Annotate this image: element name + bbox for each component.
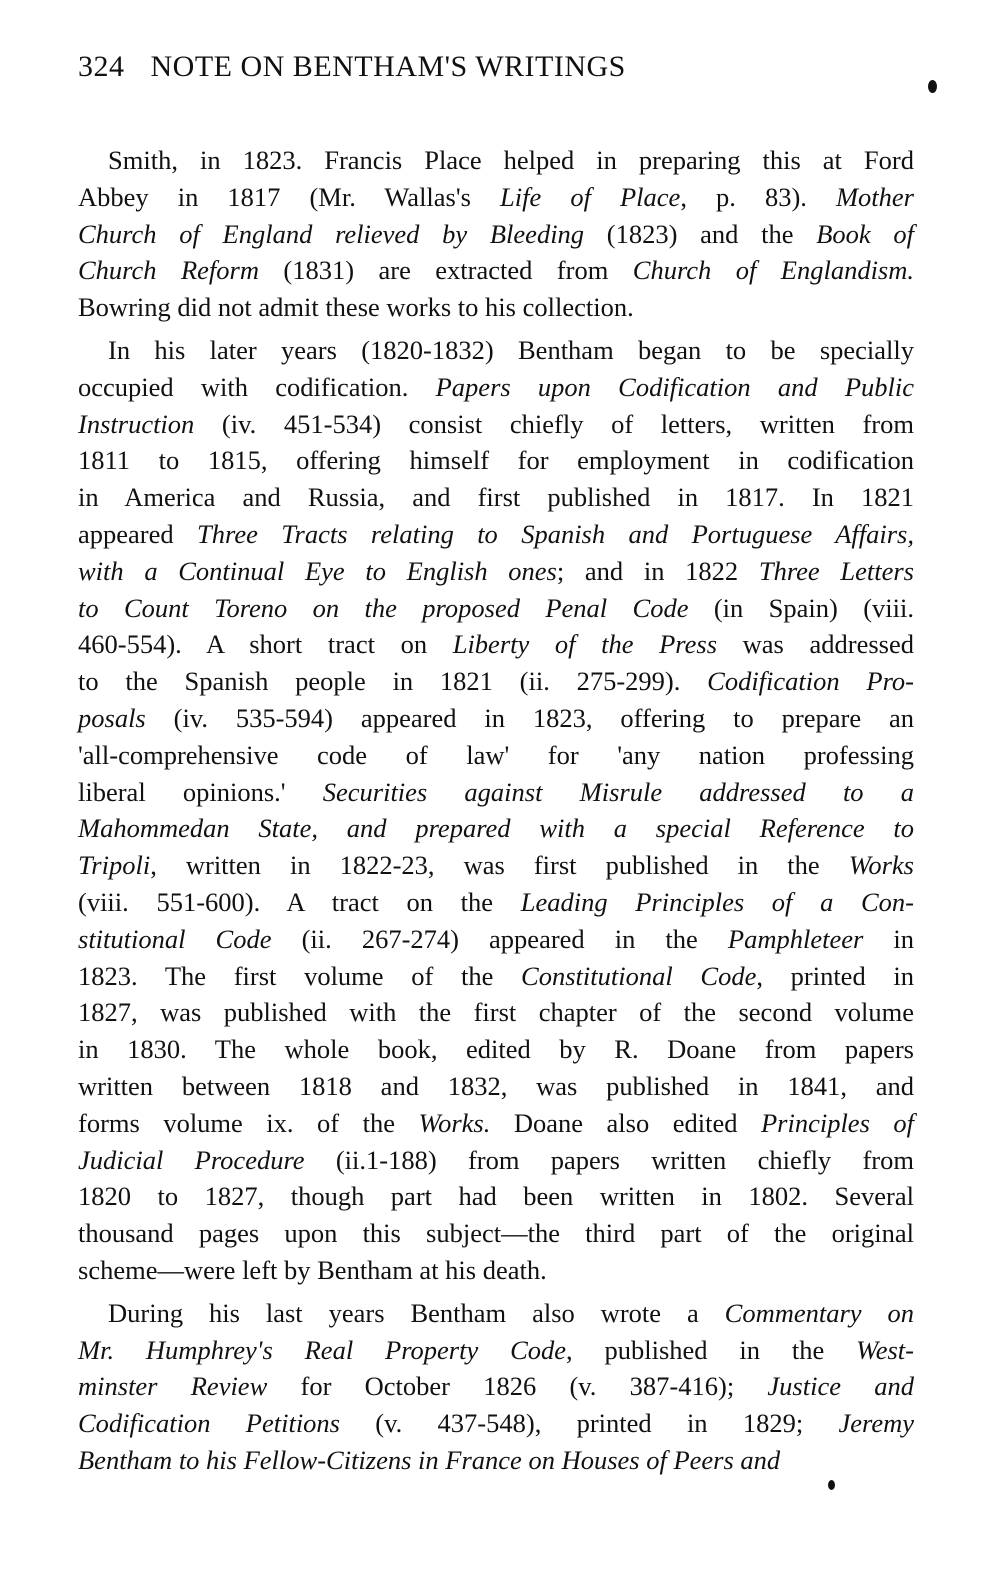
- text-line: thousand pages upon this subject—the thi…: [78, 1215, 914, 1252]
- text-line: stitutional Code (ii. 267-274) appeared …: [78, 921, 914, 958]
- text-run: ; and in 1822: [557, 556, 759, 586]
- running-head: NOTE ON BENTHAM'S WRITINGS: [151, 50, 626, 84]
- text-line: to Count Toreno on the proposed Penal Co…: [78, 590, 914, 627]
- text-run: in 1830. The whole book, edited by R. Do…: [78, 1034, 914, 1064]
- text-run: During his last years Bentham also wrote…: [108, 1298, 725, 1328]
- italic-title: Instruction: [78, 409, 194, 439]
- text-run: Abbey in 1817 (Mr. Wallas's: [78, 182, 500, 212]
- text-line: Judicial Procedure (ii.1-188) from paper…: [78, 1142, 914, 1179]
- italic-title: Church of England relieved by Bleeding: [78, 219, 584, 249]
- text-run: (1823) and the: [584, 219, 816, 249]
- text-line: posals (iv. 535-594) appeared in 1823, o…: [78, 700, 914, 737]
- text-line: written between 1818 and 1832, was publi…: [78, 1068, 914, 1105]
- italic-title: Works.: [418, 1108, 490, 1138]
- italic-title: West-: [856, 1335, 914, 1365]
- text-line: Codification Petitions (v. 437-548), pri…: [78, 1405, 914, 1442]
- text-line: 1820 to 1827, though part had been writt…: [78, 1178, 914, 1215]
- text-line: 1827, was published with the first chapt…: [78, 994, 914, 1031]
- text-run: 1811 to 1815, offering himself for emplo…: [78, 445, 914, 475]
- text-line: (viii. 551-600). A tract on the Leading …: [78, 884, 914, 921]
- italic-title: Justice and: [767, 1371, 914, 1401]
- italic-title: stitutional Code: [78, 924, 272, 954]
- italic-title: Codification Petitions: [78, 1408, 340, 1438]
- text-run: forms volume ix. of the: [78, 1108, 418, 1138]
- italic-title: posals: [78, 703, 146, 733]
- text-run: (iv. 451-534) consist chiefly of letters…: [194, 409, 914, 439]
- italic-title: Mahommedan State, and prepared with a sp…: [78, 813, 914, 843]
- paragraph: In his later years (1820-1832) Bentham b…: [78, 332, 914, 1289]
- text-run: Smith, in 1823. Francis Place helped in …: [108, 145, 914, 175]
- italic-title: Securities against Misrule addressed to …: [323, 777, 914, 807]
- text-line: Church of England relieved by Bleeding (…: [78, 216, 914, 253]
- italic-title: Life of Place: [500, 182, 680, 212]
- text-run: liberal opinions.': [78, 777, 323, 807]
- italic-title: Mr. Humphrey's Real Property Code: [78, 1335, 566, 1365]
- italic-title: Three Tracts relating to Spanish and Por…: [197, 519, 914, 549]
- italic-title: Liberty of the Press: [453, 629, 717, 659]
- text-run: (viii. 551-600). A tract on the: [78, 887, 521, 917]
- text-run: thousand pages upon this subject—the thi…: [78, 1218, 914, 1248]
- text-run: , written in 1822-23, was first publishe…: [150, 850, 849, 880]
- text-run: in: [863, 924, 914, 954]
- text-line: appeared Three Tracts relating to Spanis…: [78, 516, 914, 553]
- text-run: (ii.1-188) from papers written chiefly f…: [305, 1145, 914, 1175]
- italic-title: Papers upon Codification and Public: [436, 372, 914, 402]
- italic-title: Pamphleteer: [728, 924, 863, 954]
- text-line: Mr. Humphrey's Real Property Code, publi…: [78, 1332, 914, 1369]
- paragraph: Smith, in 1823. Francis Place helped in …: [78, 142, 914, 326]
- italic-title: Commentary on: [725, 1298, 914, 1328]
- italic-title: Codification Pro-: [707, 666, 914, 696]
- text-line: In his later years (1820-1832) Bentham b…: [78, 332, 914, 369]
- italic-title: Works: [849, 850, 914, 880]
- italic-title: Three Letters: [759, 556, 914, 586]
- text-run: 1820 to 1827, though part had been writt…: [78, 1181, 914, 1211]
- text-line: with a Continual Eye to English ones; an…: [78, 553, 914, 590]
- italic-title: Bentham to his Fellow-Citizens in France…: [78, 1445, 780, 1475]
- italic-title: Leading Principles of a Con-: [521, 887, 914, 917]
- text-run: occupied with codification.: [78, 372, 436, 402]
- text-run: scheme—were left by Bentham at his death…: [78, 1255, 547, 1285]
- text-run: (iv. 535-594) appeared in 1823, offering…: [146, 703, 914, 733]
- text-run: 1827, was published with the first chapt…: [78, 997, 914, 1027]
- text-run: , published in the: [566, 1335, 856, 1365]
- text-line: 1823. The first volume of the Constituti…: [78, 958, 914, 995]
- text-line: to the Spanish people in 1821 (ii. 275-2…: [78, 663, 914, 700]
- italic-title: Church of Englandism.: [633, 255, 914, 285]
- text-run: In his later years (1820-1832) Bentham b…: [108, 335, 914, 365]
- text-line: in 1830. The whole book, edited by R. Do…: [78, 1031, 914, 1068]
- italic-title: Jeremy: [838, 1408, 914, 1438]
- text-run: 1823. The first volume of the: [78, 961, 521, 991]
- page-body: Smith, in 1823. Francis Place helped in …: [78, 142, 914, 1479]
- text-line: Bentham to his Fellow-Citizens in France…: [78, 1442, 914, 1479]
- text-run: (1831) are extracted from: [259, 255, 633, 285]
- italic-title: Constitutional Code: [521, 961, 756, 991]
- page-header: 324 NOTE ON BENTHAM'S WRITINGS: [78, 50, 914, 106]
- text-line: liberal opinions.' Securities against Mi…: [78, 774, 914, 811]
- italic-title: Mother: [836, 182, 914, 212]
- text-line: Instruction (iv. 451-534) consist chiefl…: [78, 406, 914, 443]
- text-line: Smith, in 1823. Francis Place helped in …: [78, 142, 914, 179]
- text-run: appeared: [78, 519, 197, 549]
- text-run: in America and Russia, and first publish…: [78, 482, 914, 512]
- text-line: in America and Russia, and first publish…: [78, 479, 914, 516]
- text-line: Bowring did not admit these works to his…: [78, 289, 914, 326]
- italic-title: to Count Toreno on the proposed Penal Co…: [78, 593, 688, 623]
- italic-title: Book of: [816, 219, 914, 249]
- text-run: (v. 437-548), printed in 1829;: [340, 1408, 838, 1438]
- page-number: 324: [78, 50, 125, 84]
- text-run: (ii. 267-274) appeared in the: [272, 924, 728, 954]
- text-line: During his last years Bentham also wrote…: [78, 1295, 914, 1332]
- text-line: scheme—were left by Bentham at his death…: [78, 1252, 914, 1289]
- text-run: (in Spain) (viii.: [688, 593, 914, 623]
- text-run: , p. 83).: [680, 182, 836, 212]
- text-run: to the Spanish people in 1821 (ii. 275-2…: [78, 666, 707, 696]
- text-line: forms volume ix. of the Works. Doane als…: [78, 1105, 914, 1142]
- italic-title: minster Review: [78, 1371, 267, 1401]
- text-line: Tripoli, written in 1822-23, was first p…: [78, 847, 914, 884]
- text-line: Church Reform (1831) are extracted from …: [78, 252, 914, 289]
- text-run: for October 1826 (v. 387-416);: [267, 1371, 767, 1401]
- text-line: 1811 to 1815, offering himself for emplo…: [78, 442, 914, 479]
- text-run: 460-554). A short tract on: [78, 629, 453, 659]
- text-run: 'all-comprehensive code of law' for 'any…: [78, 740, 914, 770]
- paragraph: During his last years Bentham also wrote…: [78, 1295, 914, 1479]
- italic-title: Church Reform: [78, 255, 259, 285]
- text-line: Mahommedan State, and prepared with a sp…: [78, 810, 914, 847]
- text-run: written between 1818 and 1832, was publi…: [78, 1071, 914, 1101]
- ink-speck: [928, 80, 937, 93]
- italic-title: Judicial Procedure: [78, 1145, 305, 1175]
- italic-title: with a Continual Eye to English ones: [78, 556, 557, 586]
- text-line: Abbey in 1817 (Mr. Wallas's Life of Plac…: [78, 179, 914, 216]
- text-run: was addressed: [717, 629, 914, 659]
- ink-speck: [828, 1480, 835, 1490]
- text-run: Bowring did not admit these works to his…: [78, 292, 634, 322]
- text-line: 460-554). A short tract on Liberty of th…: [78, 626, 914, 663]
- text-line: 'all-comprehensive code of law' for 'any…: [78, 737, 914, 774]
- text-line: occupied with codification. Papers upon …: [78, 369, 914, 406]
- text-line: minster Review for October 1826 (v. 387-…: [78, 1368, 914, 1405]
- book-page: 324 NOTE ON BENTHAM'S WRITINGS Smith, in…: [78, 50, 914, 1479]
- italic-title: Principles of: [761, 1108, 914, 1138]
- text-run: , printed in: [756, 961, 914, 991]
- text-run: Doane also edited: [490, 1108, 761, 1138]
- italic-title: Tripoli: [78, 850, 150, 880]
